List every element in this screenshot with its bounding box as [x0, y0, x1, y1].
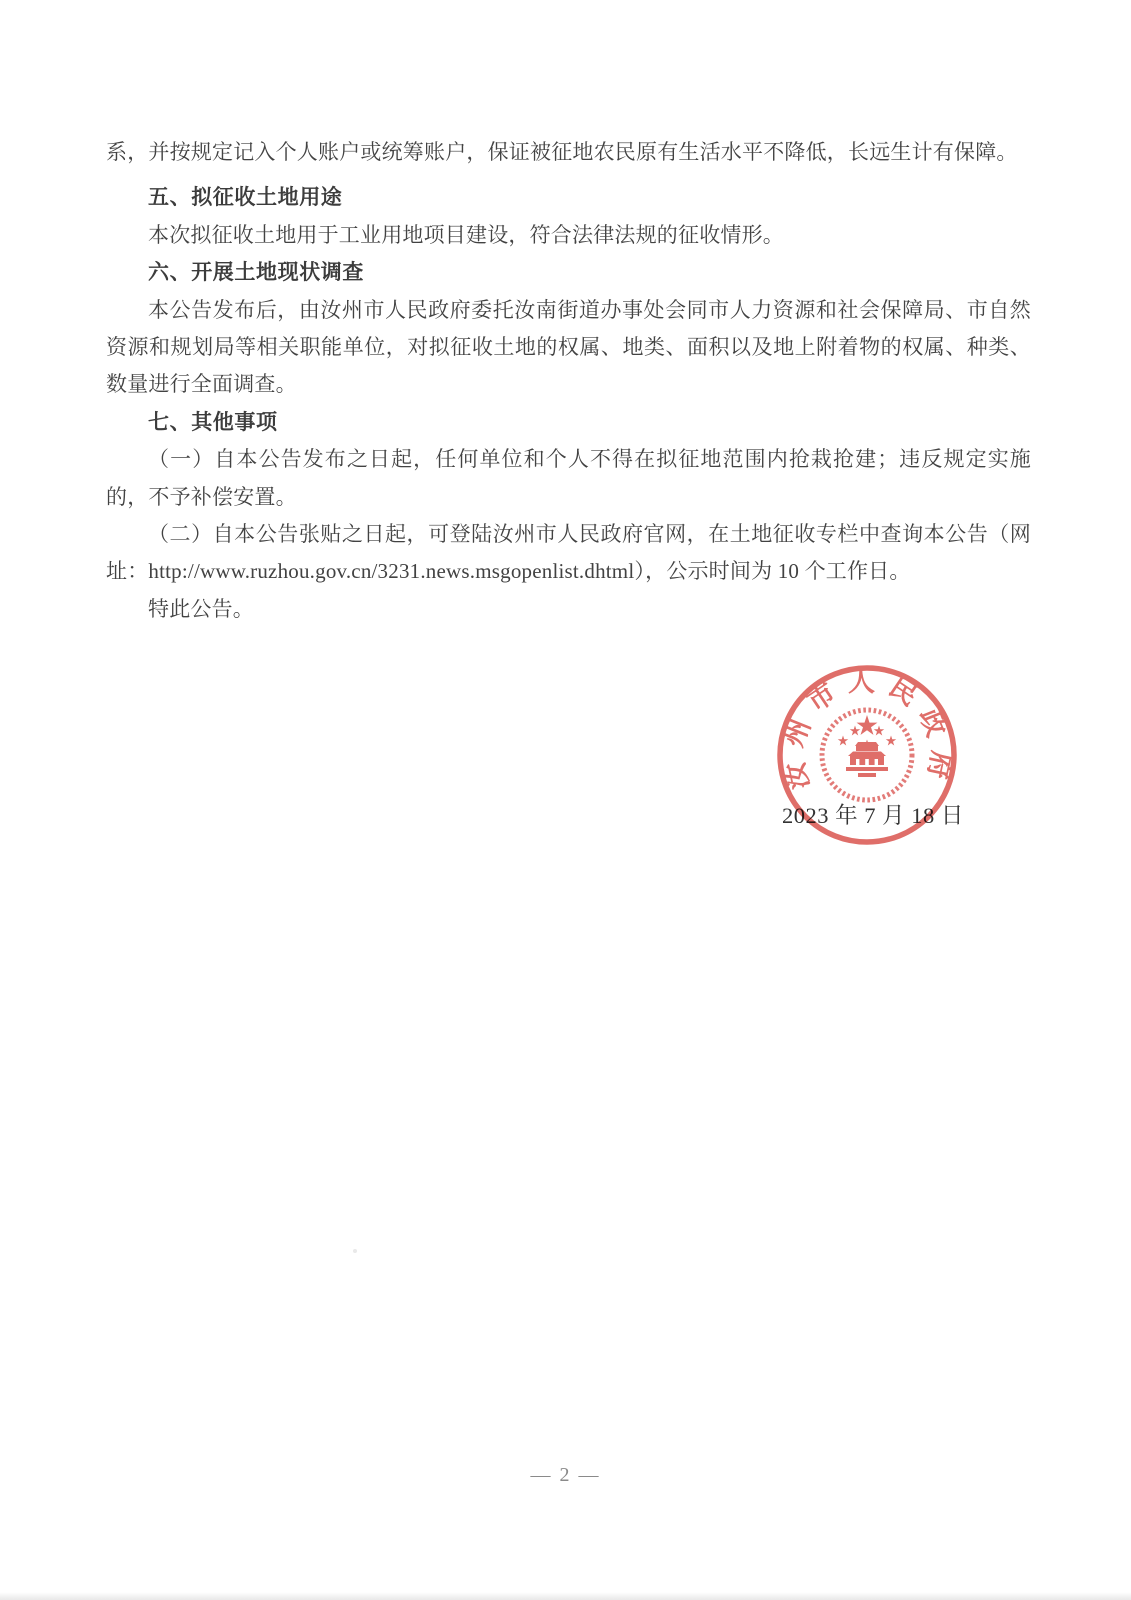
- section-heading-five: 五、拟征收土地用途: [106, 179, 1031, 216]
- section-six-body: 本公告发布后，由汝州市人民政府委托汝南街道办事处会同市人力资源和社会保障局、市自…: [106, 292, 1031, 404]
- scan-bottom-edge: [0, 1592, 1131, 1600]
- section-heading-seven: 七、其他事项: [106, 404, 1031, 441]
- page-number: — 2 —: [0, 1464, 1131, 1487]
- closing-statement: 特此公告。: [106, 591, 1031, 628]
- section-seven-item-one: （一）自本公告发布之日起，任何单位和个人不得在拟征地范围内抢栽抢建；违反规定实施…: [106, 441, 1031, 516]
- section-heading-six: 六、开展土地现状调查: [106, 254, 1031, 291]
- government-seal: 汝州市人民政府: [772, 660, 962, 850]
- government-seal-icon: 汝州市人民政府: [772, 660, 962, 850]
- paragraph-continuation: 系，并按规定记入个人账户或统筹账户，保证被征地农民原有生活水平不降低，长远生计有…: [106, 134, 1031, 171]
- section-five-body: 本次拟征收土地用于工业用地项目建设，符合法律法规的征收情形。: [106, 217, 1031, 254]
- scan-artifact-speck: [353, 1249, 357, 1253]
- national-emblem-icon: [822, 710, 912, 800]
- notice-body: 系，并按规定记入个人账户或统筹账户，保证被征地农民原有生活水平不降低，长远生计有…: [106, 134, 1031, 628]
- document-page: 系，并按规定记入个人账户或统筹账户，保证被征地农民原有生活水平不降低，长远生计有…: [0, 0, 1131, 1600]
- section-seven-item-two: （二）自本公告张贴之日起，可登陆汝州市人民政府官网，在土地征收专栏中查询本公告（…: [106, 516, 1031, 591]
